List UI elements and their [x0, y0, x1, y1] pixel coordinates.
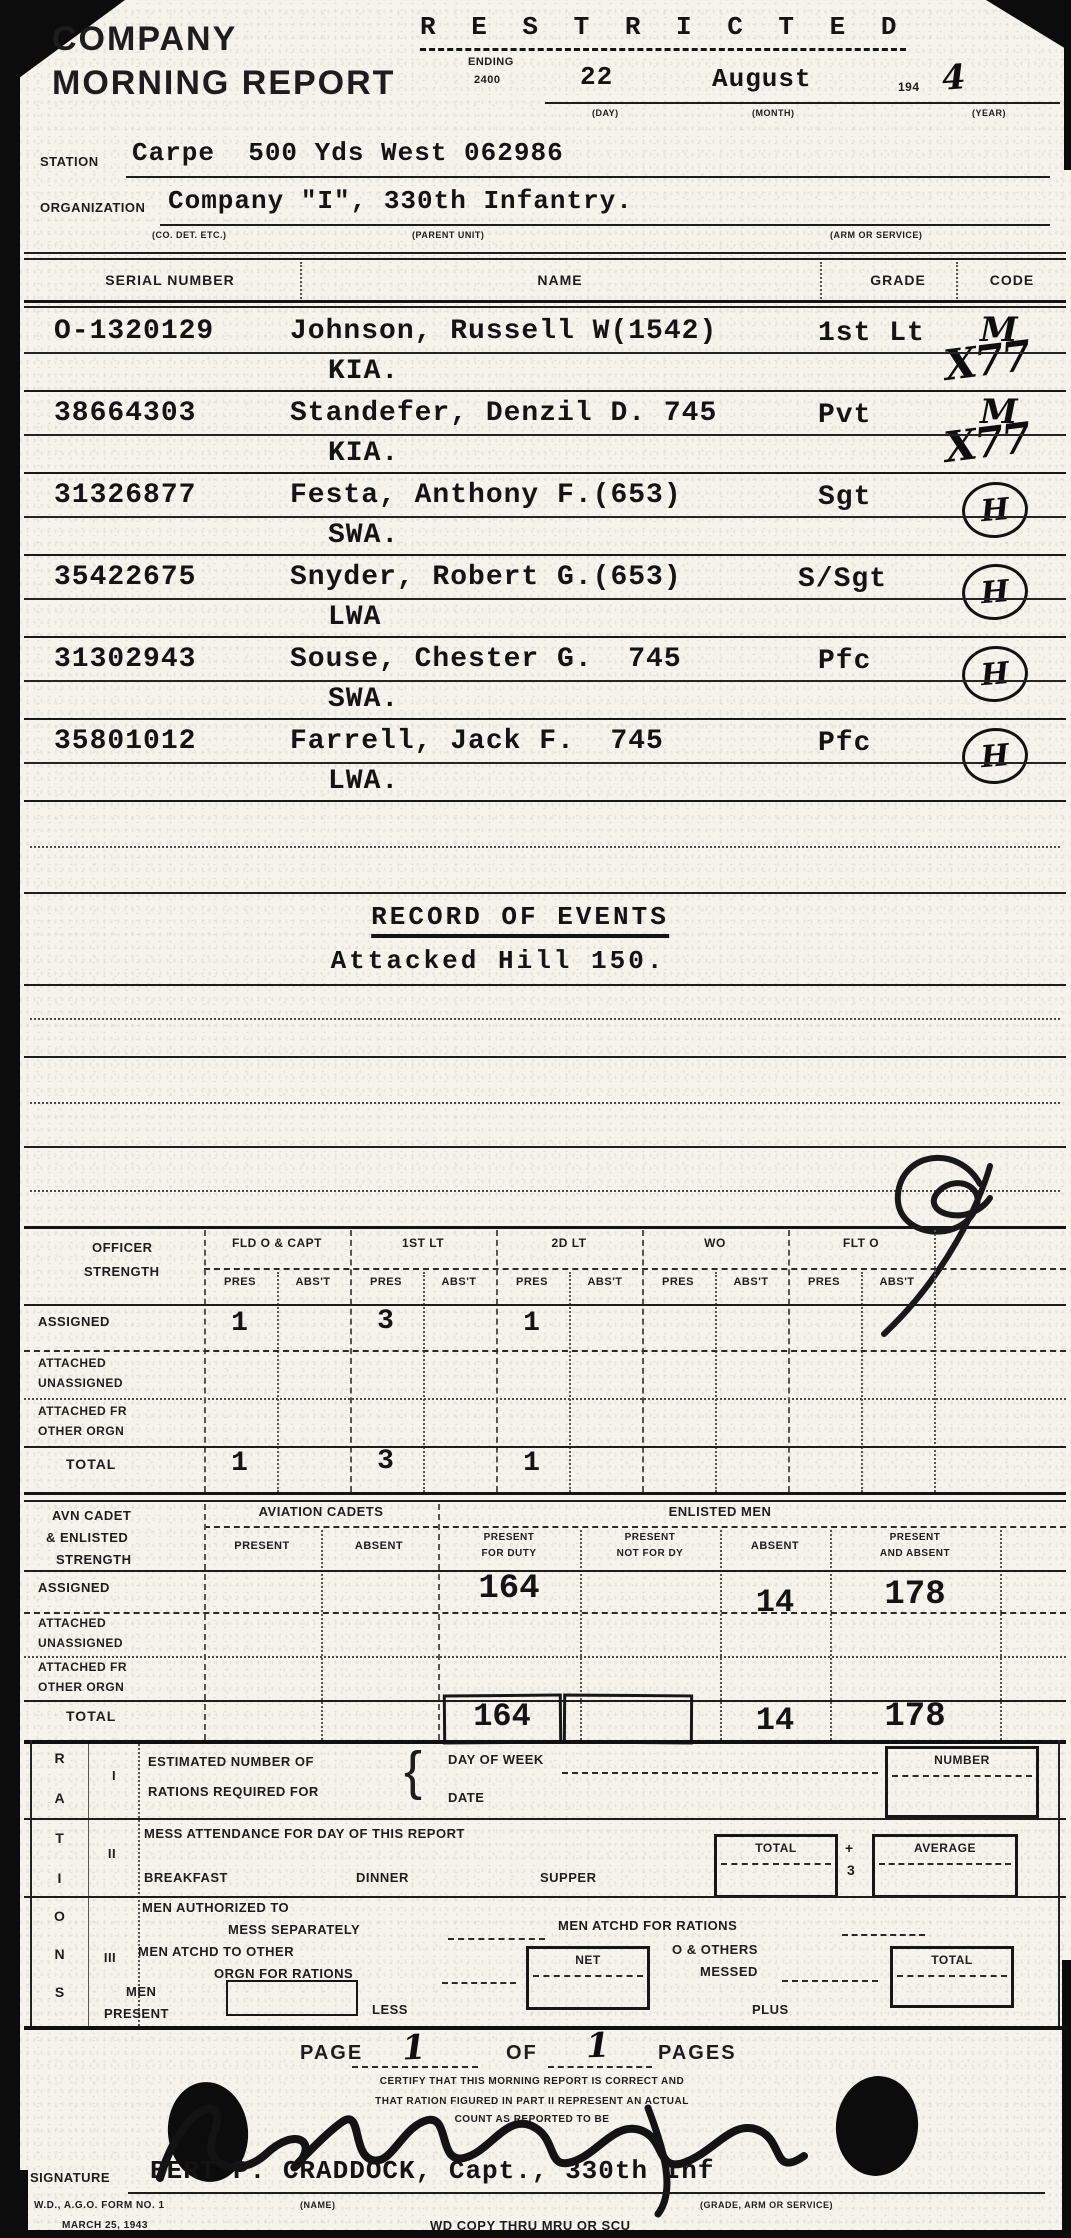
total-box: TOTAL — [714, 1834, 838, 1898]
soldier-status: KIA. — [328, 356, 399, 387]
ruled-line — [30, 846, 1060, 848]
ruled-line — [24, 258, 1066, 260]
ruled-line — [24, 434, 1066, 436]
men-authorized-1: MEN AUTHORIZED TO — [142, 1900, 289, 1915]
col-present-for-duty-2: FOR DUTY — [481, 1548, 536, 1559]
men-atchd-other-1: MEN ATCHD TO OTHER — [138, 1944, 294, 1959]
net-box: NET — [526, 1946, 650, 2010]
scan-corner-top-right — [986, 0, 1071, 52]
group-enlisted-men: ENLISTED MEN — [669, 1504, 772, 1519]
record-of-events-entry: Attacked Hill 150. — [331, 946, 666, 976]
soldier-grade: Pvt — [818, 400, 871, 431]
table-row: 35801012 Farrell, Jack F. 745 Pfc H LWA. — [24, 720, 1066, 802]
form-title-morning-report: MORNING REPORT — [52, 64, 395, 103]
mess-attendance-title: MESS ATTENDANCE FOR DAY OF THIS REPORT — [144, 1826, 465, 1841]
enlisted-total-present-and-absent: 178 — [884, 1698, 945, 1736]
classification-restricted: R E S T R I C T E D — [420, 12, 906, 51]
ruled-line — [30, 1102, 1060, 1104]
rations-letter: N — [54, 1946, 65, 1962]
soldier-grade: S/Sgt — [798, 564, 887, 595]
officer-total-fld-pres: 1 — [231, 1448, 249, 1479]
col-abst: ABS'T — [879, 1276, 914, 1288]
soldier-grade: Sgt — [818, 482, 871, 513]
ruled-line — [24, 1350, 1066, 1352]
ruled-line — [204, 1268, 1066, 1270]
table-row: 38664303 Standefer, Denzil D. 745 Pvt M … — [24, 392, 1066, 474]
handwritten-pages-number: 1 — [585, 2026, 610, 2067]
name-sublabel: (NAME) — [300, 2200, 336, 2210]
rations-numeral-3: III — [104, 1950, 116, 1965]
col-pres: PRES — [370, 1276, 402, 1288]
col-present-and-absent-2: AND ABSENT — [880, 1548, 950, 1559]
ruled-line — [24, 306, 1066, 308]
roster-header-name: NAME — [537, 272, 582, 288]
fill-in-line — [548, 2066, 652, 2068]
row-label-attached: ATTACHED — [38, 1356, 106, 1370]
handwritten-box — [563, 1694, 693, 1745]
dinner-label: DINNER — [356, 1870, 409, 1885]
soldier-serial: 35801012 — [54, 726, 196, 757]
total-box-label: TOTAL — [755, 1841, 796, 1855]
column-divider — [204, 1504, 206, 1740]
rations-letter: A — [54, 1790, 65, 1806]
row-label-attached-fr: ATTACHED FR — [38, 1660, 127, 1674]
ruled-line — [24, 1570, 1066, 1572]
fill-in-line — [442, 1982, 516, 1984]
ruled-line — [30, 1018, 1060, 1020]
soldier-serial: 38664303 — [54, 398, 196, 429]
row-label-assigned: ASSIGNED — [38, 1314, 110, 1329]
ruled-line — [160, 224, 1050, 226]
ruled-line — [879, 1863, 1011, 1865]
column-divider — [350, 1230, 352, 1492]
row-label-attached: ATTACHED — [38, 1616, 106, 1630]
enlisted-title-3: STRENGTH — [56, 1552, 132, 1567]
ruled-line — [24, 516, 1066, 518]
ruled-line — [721, 1863, 831, 1865]
station-label: STATION — [40, 154, 99, 169]
total-box-iii-label: TOTAL — [931, 1953, 972, 1967]
ruled-line — [24, 1656, 1066, 1658]
roster-header-code: CODE — [990, 272, 1034, 288]
table-row: 31326877 Festa, Anthony F.(653) Sgt H SW… — [24, 474, 1066, 556]
number-box: NUMBER — [885, 1746, 1039, 1818]
enlisted-assigned-present-for-duty: 164 — [478, 1570, 539, 1608]
ruled-line — [24, 1446, 1066, 1448]
col-present-not-for-dy-2: NOT FOR DY — [617, 1548, 684, 1559]
organization-value: Company "I", 330th Infantry. — [168, 186, 633, 216]
morning-report-document: COMPANY MORNING REPORT R E S T R I C T E… — [0, 0, 1071, 2238]
col-abst: ABS'T — [295, 1276, 330, 1288]
ruled-line — [545, 102, 1060, 104]
fill-in-line — [352, 2066, 478, 2068]
average-box: AVERAGE — [872, 1834, 1018, 1898]
column-divider — [496, 1230, 498, 1492]
col-cadets-present: PRESENT — [234, 1540, 289, 1552]
copy-note: WD COPY THRU MRU OR SCU — [430, 2218, 630, 2233]
row-label-attached-fr: ATTACHED FR — [38, 1404, 127, 1418]
scan-border-left — [0, 0, 20, 2238]
soldier-status: LWA — [328, 602, 381, 633]
average-box-label: AVERAGE — [914, 1841, 976, 1855]
col-absent: ABSENT — [751, 1540, 799, 1552]
ruled-line — [24, 680, 1066, 682]
ruled-line — [24, 1818, 1066, 1820]
enlisted-total-absent: 14 — [756, 1702, 794, 1739]
ruled-line — [24, 300, 1066, 303]
enlisted-title-1: AVN CADET — [52, 1508, 131, 1523]
date-day: 22 — [580, 62, 613, 92]
signature-typed-name: BERT P. CRADDOCK, Capt., 330th Inf — [150, 2156, 715, 2186]
ruled-line — [24, 1740, 1066, 1744]
soldier-serial: O-1320129 — [54, 316, 214, 347]
pages-label: PAGES — [658, 2042, 737, 2065]
col-pres: PRES — [662, 1276, 694, 1288]
officer-assigned-fld-pres: 1 — [231, 1308, 249, 1339]
soldier-status: LWA. — [328, 766, 399, 797]
year-sublabel: (YEAR) — [972, 108, 1006, 118]
day-of-week-label: DAY OF WEEK — [448, 1752, 544, 1767]
of-label: OF — [506, 2042, 538, 2065]
supper-label: SUPPER — [540, 1870, 596, 1885]
ruled-line — [126, 176, 1050, 178]
ruled-line — [24, 1398, 1066, 1400]
officer-group-1stlt: 1ST LT — [402, 1236, 444, 1250]
handwritten-signature — [140, 2078, 840, 2218]
column-divider — [956, 262, 958, 302]
column-divider — [438, 1504, 440, 1740]
table-row: 31302943 Souse, Chester G. 745 Pfc H SWA… — [24, 638, 1066, 720]
ruled-line — [24, 800, 1066, 802]
o-and-others: O & OTHERS — [672, 1942, 758, 1957]
handwritten-circled-code: H — [960, 561, 1031, 623]
organization-sub-co: (CO. DET. ETC.) — [152, 230, 227, 240]
handwritten-page-number: 1 — [401, 2027, 427, 2068]
soldier-status: SWA. — [328, 520, 399, 551]
roster-header-grade: GRADE — [870, 272, 926, 288]
men-authorized-2: MESS SEPARATELY — [228, 1922, 360, 1937]
handwritten-circled-code: H — [960, 725, 1031, 787]
soldier-name: Standefer, Denzil D. 745 — [290, 398, 717, 429]
row-label-other-orgn: OTHER ORGN — [38, 1680, 124, 1694]
fill-in-line — [842, 1934, 925, 1936]
ruled-line — [128, 2192, 1045, 2194]
col-cadets-absent: ABSENT — [355, 1540, 403, 1552]
column-divider — [204, 1230, 206, 1492]
section-border — [1058, 1740, 1060, 2026]
ruled-line — [204, 1526, 1066, 1528]
col-present-not-for-dy: PRESENT — [625, 1532, 676, 1543]
soldier-name: Snyder, Robert G.(653) — [290, 562, 682, 593]
rations-letter: I — [58, 1870, 63, 1886]
handwritten-year-digit: 4 — [941, 57, 967, 99]
less-label: LESS — [372, 2002, 408, 2017]
scan-border-right-top — [1064, 0, 1071, 170]
soldier-serial: 35422675 — [54, 562, 196, 593]
organization-sub-parent: (PARENT UNIT) — [412, 230, 484, 240]
officer-total-1stlt-pres: 3 — [377, 1446, 395, 1477]
enlisted-assigned-absent: 14 — [756, 1584, 794, 1621]
ending-label: ENDING — [468, 56, 514, 68]
row-label-other-orgn: OTHER ORGN — [38, 1424, 124, 1438]
enlisted-assigned-present-and-absent: 178 — [884, 1576, 945, 1614]
fill-in-line — [782, 1980, 878, 1982]
soldier-grade: 1st Lt — [818, 318, 925, 349]
roster-header-serial: SERIAL NUMBER — [105, 272, 234, 288]
ruled-line — [892, 1775, 1032, 1777]
fill-in-line — [562, 1772, 878, 1774]
organization-label: ORGANIZATION — [40, 200, 145, 215]
organization-sub-arm: (ARM OR SERVICE) — [830, 230, 922, 240]
present-label: PRESENT — [104, 2006, 169, 2021]
page-label: PAGE — [300, 2042, 363, 2065]
rations1-line1: ESTIMATED NUMBER OF — [148, 1754, 314, 1769]
divide-three: 3 — [847, 1862, 856, 1878]
ruled-line — [897, 1975, 1007, 1977]
handwritten-circled-code: H — [960, 479, 1031, 541]
rations-numeral-2: II — [108, 1846, 116, 1861]
col-abst: ABS'T — [733, 1276, 768, 1288]
ruled-line — [533, 1975, 643, 1977]
column-divider — [820, 262, 822, 302]
column-divider — [88, 1744, 89, 2026]
station-value: Carpe 500 Yds West 062986 — [132, 138, 564, 168]
table-row: O-1320129 Johnson, Russell W(1542) 1st L… — [24, 310, 1066, 392]
scan-corner-bottom-left — [0, 2170, 28, 2238]
column-divider — [300, 262, 302, 302]
ruled-line — [24, 1612, 1066, 1614]
col-abst: ABS'T — [441, 1276, 476, 1288]
col-pres: PRES — [224, 1276, 256, 1288]
officer-assigned-1stlt-pres: 3 — [377, 1306, 395, 1337]
handwritten-circled-code: H — [960, 643, 1031, 705]
plus-label: PLUS — [752, 2002, 789, 2017]
men-label: MEN — [126, 1984, 156, 1999]
soldier-name: Johnson, Russell W(1542) — [290, 316, 717, 347]
year-prefix: 194 — [898, 80, 920, 94]
officer-total-2dlt-pres: 1 — [523, 1448, 541, 1479]
ruled-line — [24, 984, 1066, 986]
row-label-total: TOTAL — [66, 1456, 116, 1472]
ruled-line — [24, 1500, 1066, 1502]
ruled-line — [24, 762, 1066, 764]
soldier-name: Souse, Chester G. 745 — [290, 644, 682, 675]
row-label-assigned: ASSIGNED — [38, 1580, 110, 1595]
date-month: August — [712, 64, 812, 94]
soldier-grade: Pfc — [818, 728, 871, 759]
column-divider — [788, 1230, 790, 1492]
form-date: MARCH 25, 1943 — [62, 2220, 148, 2231]
soldier-grade: Pfc — [818, 646, 871, 677]
handwritten-code-mark: X77 — [941, 413, 1031, 472]
row-label-total: TOTAL — [66, 1708, 116, 1724]
fill-in-line — [448, 1938, 545, 1940]
officer-assigned-2dlt-pres: 1 — [523, 1308, 541, 1339]
ending-time: 2400 — [474, 74, 500, 86]
row-label-unassigned: UNASSIGNED — [38, 1636, 123, 1650]
rations1-line2: RATIONS REQUIRED FOR — [148, 1784, 319, 1799]
column-divider — [642, 1230, 644, 1492]
soldier-name: Farrell, Jack F. 745 — [290, 726, 664, 757]
group-aviation-cadets: AVIATION CADETS — [259, 1504, 384, 1519]
number-box-label: NUMBER — [934, 1753, 990, 1767]
soldier-status: KIA. — [328, 438, 399, 469]
column-divider — [720, 1530, 722, 1740]
col-present-and-absent: PRESENT — [890, 1532, 941, 1543]
record-of-events-title: RECORD OF EVENTS — [371, 902, 669, 938]
col-abst: ABS'T — [587, 1276, 622, 1288]
breakfast-label: BREAKFAST — [144, 1870, 228, 1885]
rations-numeral-1: I — [112, 1768, 116, 1783]
column-divider — [1000, 1530, 1002, 1740]
soldier-serial: 31302943 — [54, 644, 196, 675]
column-divider — [830, 1530, 832, 1740]
column-divider — [934, 1230, 936, 1492]
scan-border-right-bottom — [1062, 1960, 1071, 2238]
ruled-line — [24, 2026, 1066, 2030]
form-title-company: COMPANY — [52, 20, 237, 59]
rations-letter: R — [54, 1750, 65, 1766]
total-box-iii: TOTAL — [890, 1946, 1014, 2008]
signature-label: SIGNATURE — [30, 2170, 110, 2185]
officer-group-fld: FLD O & CAPT — [232, 1236, 322, 1250]
officer-group-wo: WO — [704, 1236, 726, 1250]
soldier-status: SWA. — [328, 684, 399, 715]
rations-letter: T — [55, 1830, 65, 1846]
row-label-unassigned: UNASSIGNED — [38, 1376, 123, 1390]
ruled-line — [24, 252, 1066, 254]
ruled-line — [24, 1896, 1066, 1898]
men-atchd-other-2: ORGN FOR RATIONS — [214, 1966, 353, 1981]
col-pres: PRES — [808, 1276, 840, 1288]
rations-letter: O — [54, 1908, 66, 1924]
table-row: 35422675 Snyder, Robert G.(653) S/Sgt H … — [24, 556, 1066, 638]
col-pres: PRES — [516, 1276, 548, 1288]
grade-sublabel: (GRADE, ARM OR SERVICE) — [700, 2200, 833, 2210]
handwritten-initials — [858, 1136, 1038, 1351]
enlisted-total-present-for-duty: 164 — [473, 1698, 531, 1735]
column-divider — [321, 1530, 323, 1740]
officer-group-flto: FLT O — [843, 1236, 879, 1250]
form-number: W.D., A.G.O. FORM NO. 1 — [34, 2200, 165, 2211]
net-box-label: NET — [575, 1953, 601, 1967]
divide-plus: + — [845, 1840, 854, 1856]
ruled-line — [24, 352, 1066, 354]
soldier-name: Festa, Anthony F.(653) — [290, 480, 682, 511]
ruled-line — [24, 1492, 1066, 1495]
soldier-serial: 31326877 — [54, 480, 196, 511]
brace: { — [404, 1740, 422, 1802]
messed-label: MESSED — [700, 1964, 758, 1979]
handwritten-code-mark: X77 — [941, 331, 1031, 390]
ruled-line — [24, 1056, 1066, 1058]
section-border — [30, 1740, 32, 2026]
ruled-line — [24, 892, 1066, 894]
day-sublabel: (DAY) — [592, 108, 619, 118]
ruled-line — [24, 598, 1066, 600]
col-present-for-duty: PRESENT — [484, 1532, 535, 1543]
officer-strength-title-2: STRENGTH — [84, 1264, 160, 1279]
men-atchd-rations: MEN ATCHD FOR RATIONS — [558, 1918, 737, 1933]
men-present-box — [226, 1980, 358, 2016]
date-label: DATE — [448, 1790, 484, 1805]
officer-group-2dlt: 2D LT — [552, 1236, 587, 1250]
rations-letter: S — [55, 1984, 65, 2000]
officer-strength-title-1: OFFICER — [92, 1240, 153, 1255]
enlisted-title-2: & ENLISTED — [46, 1530, 128, 1545]
month-sublabel: (MONTH) — [752, 108, 795, 118]
punch-hole-right — [832, 2073, 922, 2180]
ruled-line — [24, 1304, 1066, 1306]
